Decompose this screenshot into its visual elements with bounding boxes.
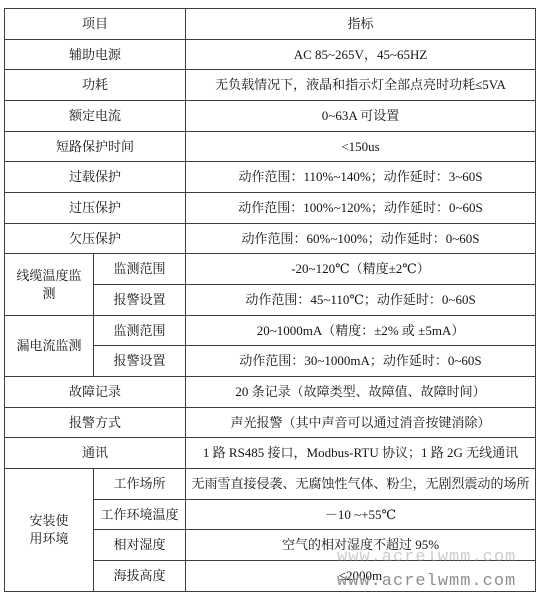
row-value-cell: 0~63A 可设置 — [186, 101, 536, 132]
sub-label-cell: 监测范围 — [94, 254, 186, 285]
table-row: 短路保护时间 <150us — [5, 131, 536, 162]
row-label-cell: 过压保护 — [5, 193, 186, 224]
row-label-cell: 额定电流 — [5, 101, 186, 132]
group-label-cell-environment: 安装使 用环境 — [5, 469, 94, 592]
table-header-row: 项目 指标 — [5, 9, 536, 40]
group-label-cell-leakage: 漏电流监测 — [5, 315, 94, 376]
header-item-cell: 项目 — [5, 9, 186, 40]
row-value-cell: 动作范围：45~110℃；动作延时：0~60S — [186, 285, 536, 316]
watermark: www.acrelwmm.com — [337, 572, 516, 591]
row-value-cell: 20 条记录（故障类型、故障值、故障时间） — [186, 377, 536, 408]
sub-label-cell: 相对湿度 — [94, 530, 186, 561]
row-value-cell: 动作范围：110%~140%；动作延时：3~60S — [186, 162, 536, 193]
table-row: 辅助电源 AC 85~265V，45~65HZ — [5, 39, 536, 70]
table-row: 额定电流 0~63A 可设置 — [5, 101, 536, 132]
row-label-cell: 辅助电源 — [5, 39, 186, 70]
row-label-cell: 功耗 — [5, 70, 186, 101]
table-row: 过压保护 动作范围：100%~120%；动作延时：0~60S — [5, 193, 536, 224]
spec-sheet-page: 项目 指标 辅助电源 AC 85~265V，45~65HZ 功耗 无负载情况下，… — [0, 0, 542, 600]
table-row: 通讯 1 路 RS485 接口，Modbus-RTU 协议；1 路 2G 无线通… — [5, 438, 536, 469]
table-row: 功耗 无负载情况下，液晶和指示灯全部点亮时功耗≤5VA — [5, 70, 536, 101]
row-value-cell: －10 ~+55℃ — [186, 499, 536, 530]
table-row: 过载保护 动作范围：110%~140%；动作延时：3~60S — [5, 162, 536, 193]
group-label-cell-cable-temp: 线缆温度监 测 — [5, 254, 94, 315]
table-row: 欠压保护 动作范围：60%~100%；动作延时：0~60S — [5, 223, 536, 254]
row-label-cell: 短路保护时间 — [5, 131, 186, 162]
sub-label-cell: 报警设置 — [94, 346, 186, 377]
table-row: 安装使 用环境 工作场所 无雨雪直接侵袭、无腐蚀性气体、粉尘，无剧烈震动的场所 — [5, 469, 536, 500]
header-value-cell: 指标 — [186, 9, 536, 40]
sub-label-cell: 海拔高度 — [94, 561, 186, 592]
table-row: 漏电流监测 监测范围 20~1000mA（精度：±2% 或 ±5mA） — [5, 315, 536, 346]
row-value-cell: AC 85~265V，45~65HZ — [186, 39, 536, 70]
table-row: 故障记录 20 条记录（故障类型、故障值、故障时间） — [5, 377, 536, 408]
row-label-cell: 通讯 — [5, 438, 186, 469]
sub-label-cell: 工作环境温度 — [94, 499, 186, 530]
row-label-cell: 过载保护 — [5, 162, 186, 193]
row-value-cell: 无负载情况下，液晶和指示灯全部点亮时功耗≤5VA — [186, 70, 536, 101]
row-value-cell: 动作范围：60%~100%；动作延时：0~60S — [186, 223, 536, 254]
row-value-cell: 动作范围：30~1000mA；动作延时：0~60S — [186, 346, 536, 377]
row-label-cell: 欠压保护 — [5, 223, 186, 254]
row-value-cell: 20~1000mA（精度：±2% 或 ±5mA） — [186, 315, 536, 346]
row-value-cell: 动作范围：100%~120%；动作延时：0~60S — [186, 193, 536, 224]
row-value-cell: 无雨雪直接侵袭、无腐蚀性气体、粉尘，无剧烈震动的场所 — [186, 469, 536, 500]
sub-label-cell: 工作场所 — [94, 469, 186, 500]
row-value-cell: -20~120℃（精度±2℃） — [186, 254, 536, 285]
sub-label-cell: 监测范围 — [94, 315, 186, 346]
sub-label-cell: 报警设置 — [94, 285, 186, 316]
row-value-cell: 1 路 RS485 接口，Modbus-RTU 协议；1 路 2G 无线通讯 — [186, 438, 536, 469]
watermark-faint-text: www.acrelwmm.com — [337, 551, 516, 564]
row-label-cell: 报警方式 — [5, 407, 186, 438]
watermark-faint: www.acrelwmm.com — [337, 551, 516, 564]
table-row: 报警方式 声光报警（其中声音可以通过消音按键消除） — [5, 407, 536, 438]
row-value-cell: 声光报警（其中声音可以通过消音按键消除） — [186, 407, 536, 438]
spec-table: 项目 指标 辅助电源 AC 85~265V，45~65HZ 功耗 无负载情况下，… — [4, 8, 536, 592]
row-label-cell: 故障记录 — [5, 377, 186, 408]
table-row: 线缆温度监 测 监测范围 -20~120℃（精度±2℃） — [5, 254, 536, 285]
row-value-cell: <150us — [186, 131, 536, 162]
